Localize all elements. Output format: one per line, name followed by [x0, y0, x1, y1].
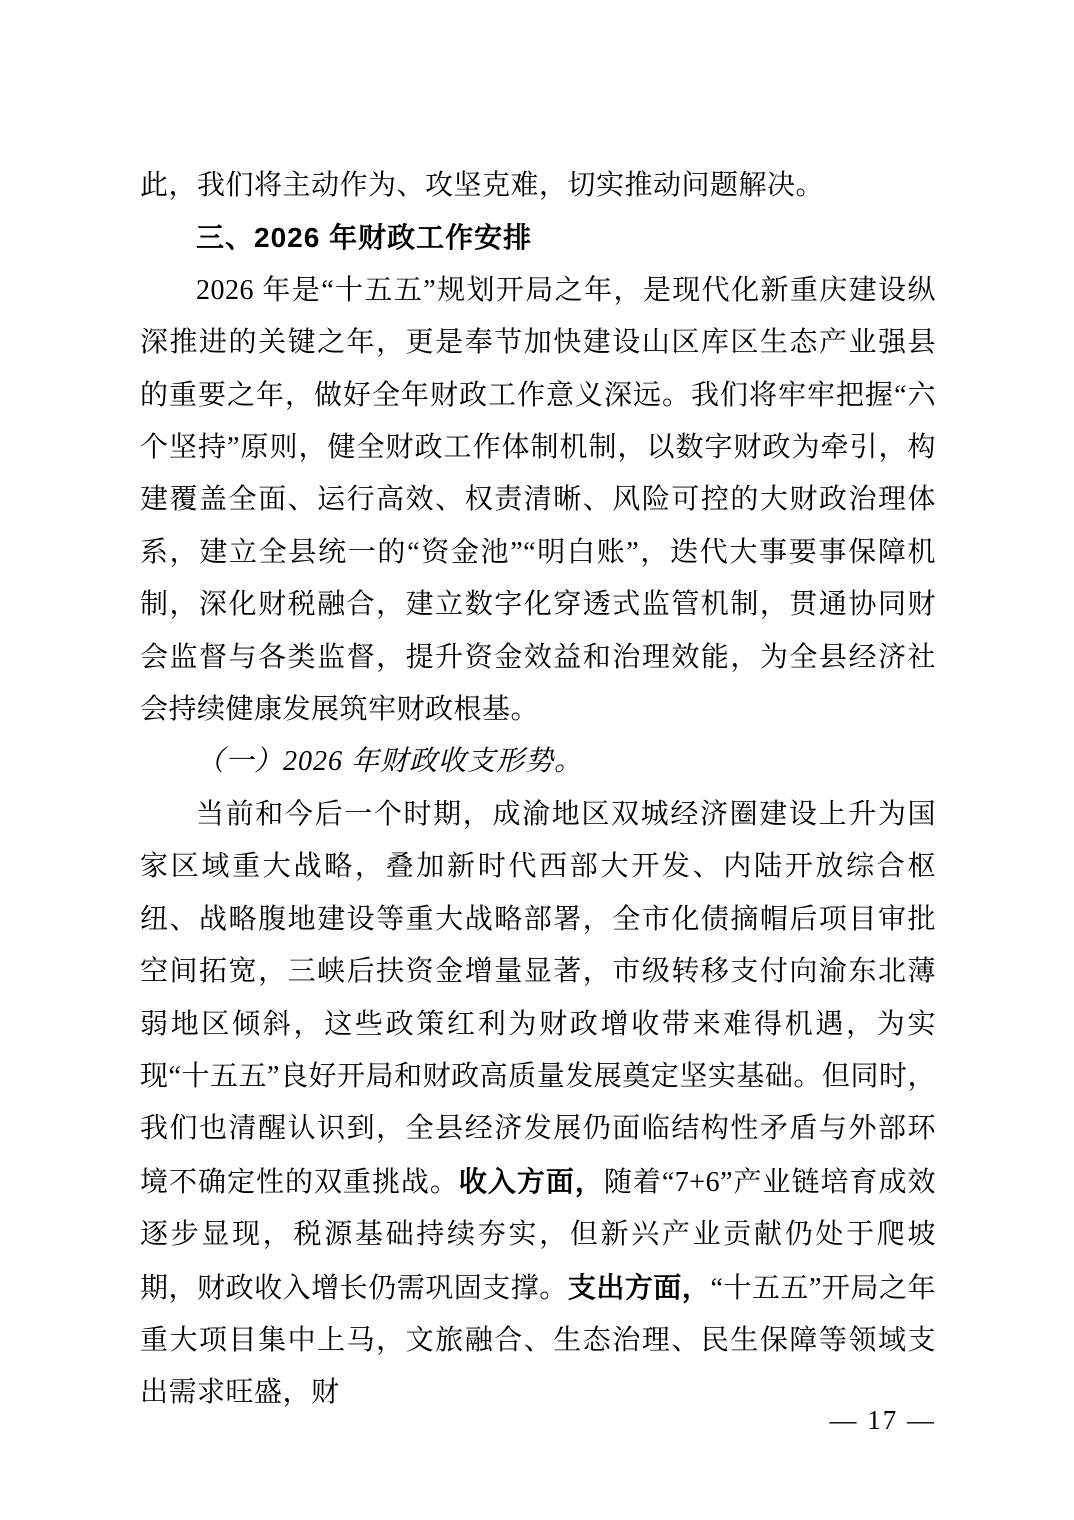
page-number: — 17 —: [830, 1405, 937, 1436]
text-segment: 2026 年是“十五五”规划开局之年，是现代化新重庆建设纵深推进的关键之年，更是…: [140, 275, 936, 725]
paragraph: 此，我们将主动作为、攻坚克难，切实推动问题解决。: [140, 160, 936, 212]
text-segment: 当前和今后一个时期，成渝地区双城经济圈建设上升为国家区域重大战略，叠加新时代西部…: [140, 799, 936, 1198]
document-page: 此，我们将主动作为、攻坚克难，切实推动问题解决。三、2026 年财政工作安排20…: [0, 0, 1074, 1520]
subsection-heading: （一）2026 年财政收支形势。: [140, 736, 936, 788]
paragraph: 2026 年是“十五五”规划开局之年，是现代化新重庆建设纵深推进的关键之年，更是…: [140, 265, 936, 737]
text-segment: （一）2026 年财政收支形势。: [196, 746, 583, 777]
bold-label: 三、2026 年财政工作安排: [196, 222, 532, 253]
section-heading: 三、2026 年财政工作安排: [140, 212, 936, 264]
paragraph: 当前和今后一个时期，成渝地区双城经济圈建设上升为国家区域重大战略，叠加新时代西部…: [140, 789, 936, 1420]
bold-label: 收入方面，: [459, 1166, 604, 1197]
document-body: 此，我们将主动作为、攻坚克难，切实推动问题解决。三、2026 年财政工作安排20…: [140, 160, 936, 1420]
bold-label: 支出方面，: [568, 1272, 711, 1303]
text-segment: 此，我们将主动作为、攻坚克难，切实推动问题解决。: [140, 170, 824, 201]
